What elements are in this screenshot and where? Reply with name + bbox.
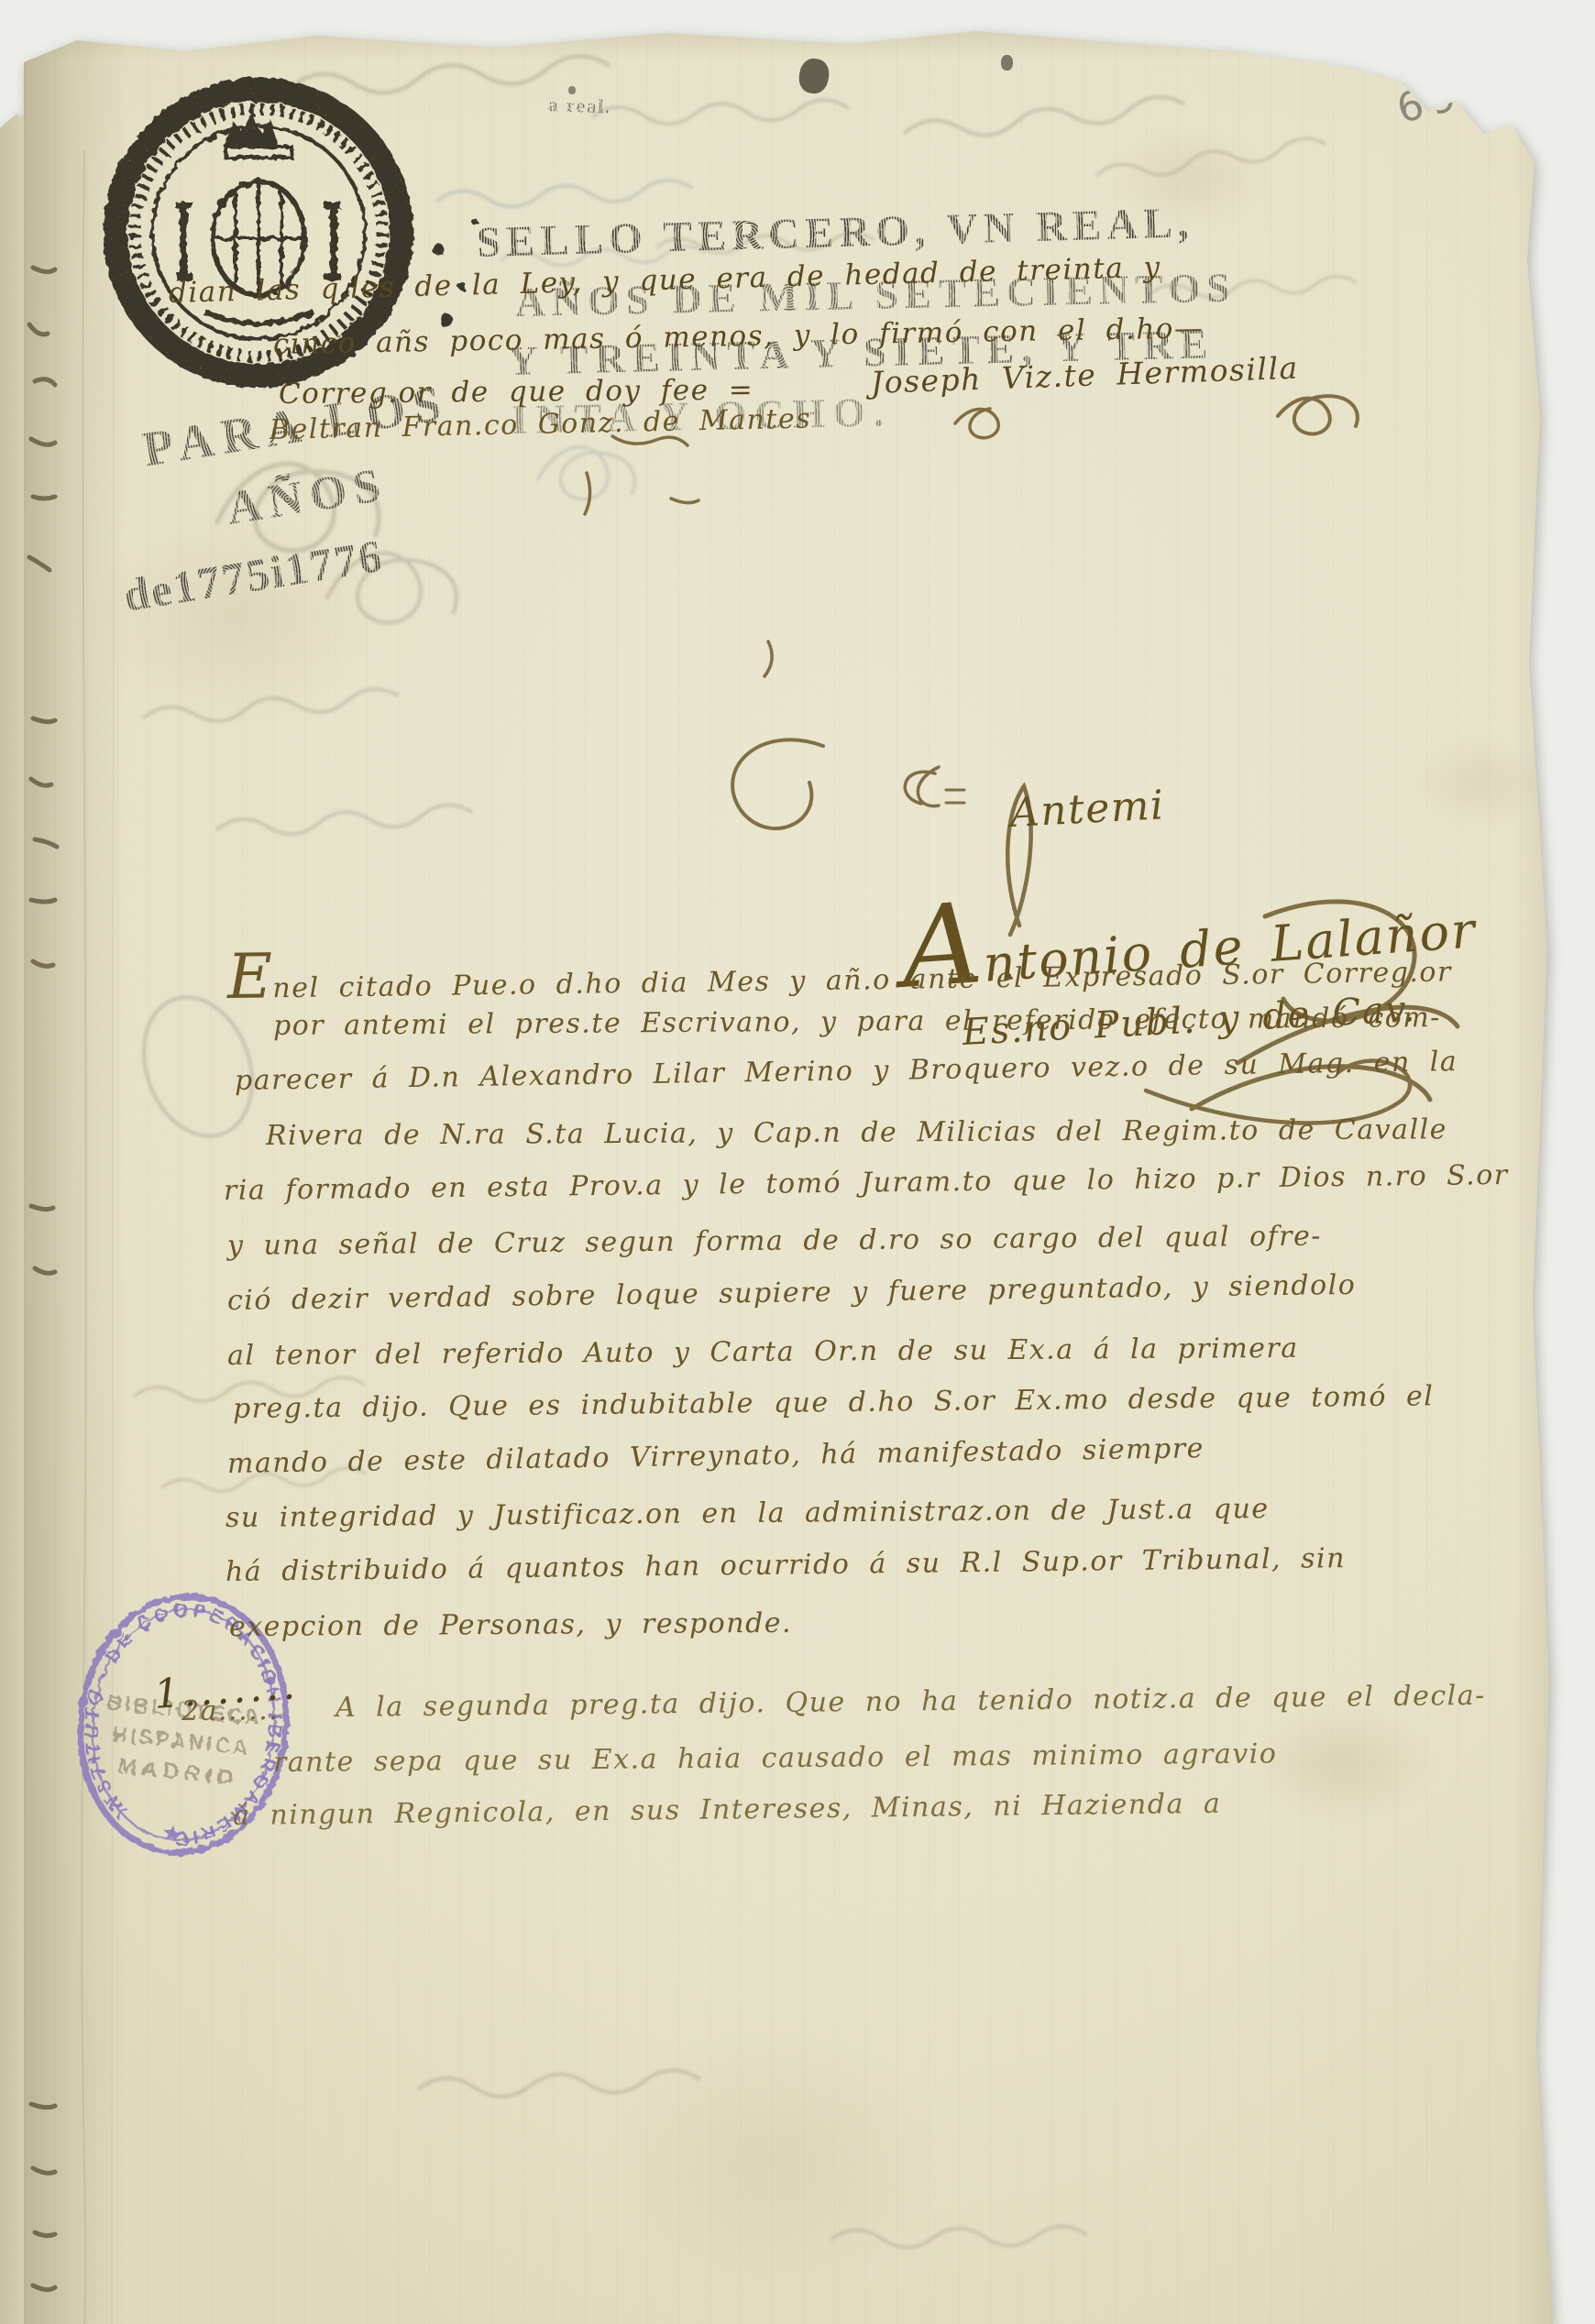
ink-speck <box>568 86 576 94</box>
body-line-5: ria formado en esta Prov.a y le tomó Jur… <box>224 1159 1509 1207</box>
stamp-remnant-text: a real. <box>548 93 612 118</box>
seal-caption-years: de1775i1776 <box>120 529 387 622</box>
body-line-3: parecer á D.n Alexandro Lilar Merino y B… <box>235 1046 1458 1097</box>
scan-backing: INSTITUTO · DE COOPERACION IBEROAMERICAN… <box>0 0 1595 2324</box>
body-line-6: y una señal de Cruz segun forma de d.ro … <box>227 1221 1322 1262</box>
body-line-12: há distribuido á quantos han ocurrido á … <box>225 1542 1346 1588</box>
ink-speck <box>1001 55 1013 71</box>
body-line-9: preg.ta dijo. Que es indubitable que d.h… <box>233 1380 1435 1425</box>
body-line-10: mando de este dilatado Virreynato, há ma… <box>227 1432 1204 1480</box>
library-stamp-line-madrid: MADRID <box>116 1754 239 1792</box>
body-line-4: Rivera de N.ra S.ta Lucia, y Cap.n de Mi… <box>266 1113 1447 1152</box>
body-line-11: su integridad y Justificaz.on en la admi… <box>225 1493 1270 1534</box>
gutter-ink-fragments <box>29 268 57 2290</box>
body-line-7: ció dezir verdad sobre loque supiere y f… <box>227 1269 1357 1317</box>
seal-caption-anos: AÑOS <box>223 457 391 536</box>
body-line-16: á ningun Regnicola, en sus Intereses, Mi… <box>233 1788 1222 1832</box>
body-line-13: exepcion de Personas, y responde. <box>229 1607 792 1643</box>
ink-smudge <box>797 57 831 96</box>
paper-creases <box>82 150 115 2324</box>
library-stamp-line-hispanica: HISPANICA <box>111 1722 252 1760</box>
body-line-14: A la segunda preg.ta dijo. Que no ha ten… <box>335 1680 1486 1724</box>
ante-mi: Antemi <box>1009 782 1166 837</box>
body-line-8: al tenor del referido Auto y Carta Or.n … <box>227 1332 1299 1372</box>
library-stamp-star: ★ <box>159 1819 183 1848</box>
manuscript-page: INSTITUTO · DE COOPERACION IBEROAMERICAN… <box>24 22 1573 2324</box>
folio-number: 69 <box>1392 71 1468 133</box>
body-line-15: rante sepa que su Ex.a haia causado el m… <box>273 1738 1278 1779</box>
